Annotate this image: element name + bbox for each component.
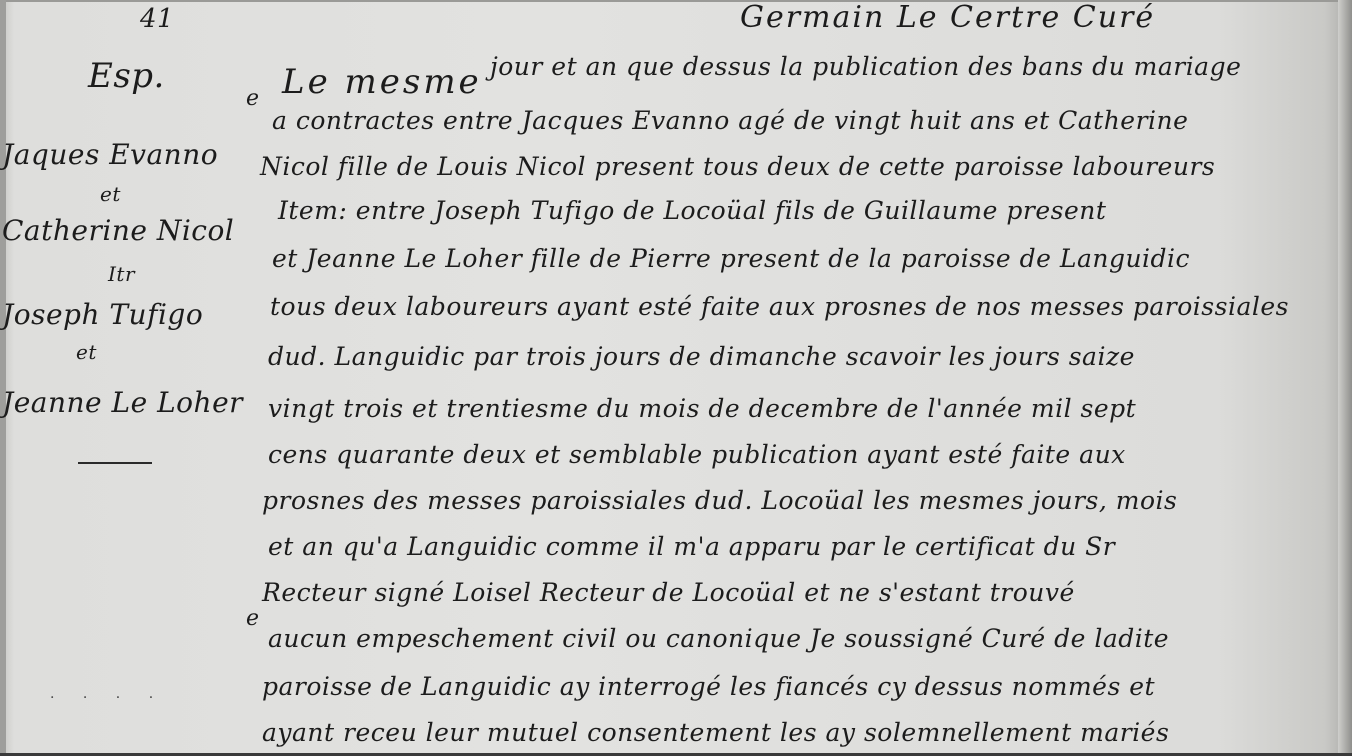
body-line-15: ayant receu leur mutuel consentement les… xyxy=(262,718,1169,747)
body-line-5: et Jeanne Le Loher fille de Pierre prese… xyxy=(272,244,1190,273)
body-line-2: a contractes entre Jacques Evanno agé de… xyxy=(272,106,1188,135)
body-line-3: Nicol fille de Louis Nicol present tous … xyxy=(260,152,1215,181)
body-line-9: cens quarante deux et semblable publicat… xyxy=(268,440,1126,469)
binding-left-edge xyxy=(0,0,6,756)
ink-specks: · · · · xyxy=(50,690,165,706)
binding-right-edge xyxy=(1338,0,1352,756)
body-line-11: et an qu'a Languidic comme il m'a apparu… xyxy=(268,532,1115,561)
margin-bride-2: Jeanne Le Loher xyxy=(2,386,243,419)
body-line-12: Recteur signé Loisel Recteur de Locoüal … xyxy=(262,578,1075,607)
margin-conjunction-1: et xyxy=(100,182,121,206)
margin-heading: Esp. xyxy=(88,56,165,96)
body-line-13: aucun empeschement civil ou canonique Je… xyxy=(268,624,1169,653)
margin-divider xyxy=(78,462,152,464)
manuscript-page: 41 Germain Le Certre Curé Esp. Jaques Ev… xyxy=(0,0,1352,756)
margin-groom-1: Jaques Evanno xyxy=(2,138,218,171)
body-line-1: jour et an que dessus la publication des… xyxy=(490,52,1241,81)
first-word: Le mesme xyxy=(282,62,482,102)
margin-item: Itr xyxy=(108,262,135,286)
body-line-8: vingt trois et trentiesme du mois de dec… xyxy=(268,394,1136,423)
body-line-4: Item: entre Joseph Tufigo de Locoüal fil… xyxy=(278,196,1106,225)
folio-number: 41 xyxy=(140,4,174,34)
margin-conjunction-2: et xyxy=(76,340,97,364)
body-line-7: dud. Languidic par trois jours de dimanc… xyxy=(268,342,1135,371)
page-header: Germain Le Certre Curé xyxy=(740,0,1155,35)
margin-groom-2: Joseph Tufigo xyxy=(2,298,203,331)
body-line-10: prosnes des messes paroissiales dud. Loc… xyxy=(262,486,1177,515)
line-marker: e xyxy=(246,606,260,631)
body-line-6: tous deux laboureurs ayant esté faite au… xyxy=(270,292,1289,321)
line-marker: e xyxy=(246,86,260,111)
body-line-14: paroisse de Languidic ay interrogé les f… xyxy=(262,672,1155,701)
margin-bride-1: Catherine Nicol xyxy=(2,214,234,247)
